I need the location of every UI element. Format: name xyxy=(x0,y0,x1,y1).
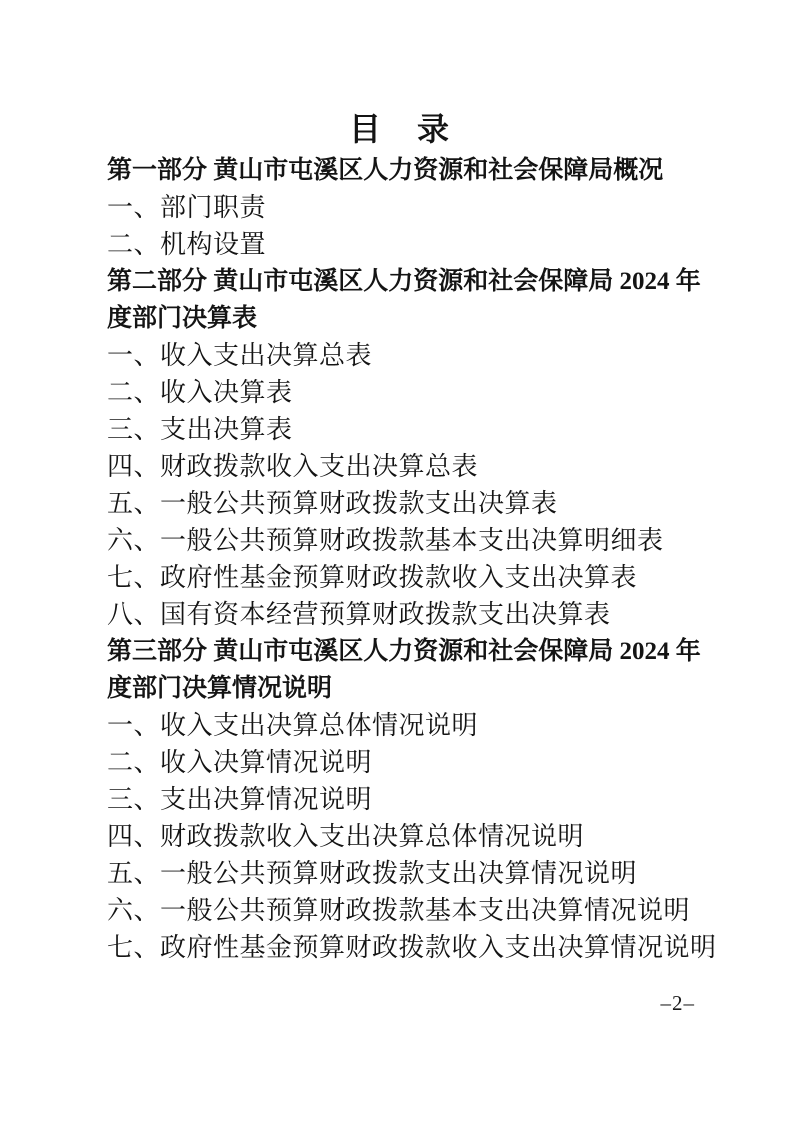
toc-item: 二、收入决算表 xyxy=(107,374,693,411)
toc-item: 七、政府性基金预算财政拨款收入支出决算表 xyxy=(107,559,693,596)
toc-item: 二、收入决算情况说明 xyxy=(107,744,693,781)
table-of-contents: 第一部分 黄山市屯溪区人力资源和社会保障局概况 一、部门职责 二、机构设置 第二… xyxy=(107,152,693,966)
toc-section-heading: 第三部分 黄山市屯溪区人力资源和社会保障局 2024 年 xyxy=(107,633,693,670)
toc-item: 六、一般公共预算财政拨款基本支出决算明细表 xyxy=(107,522,693,559)
toc-item: 五、一般公共预算财政拨款支出决算情况说明 xyxy=(107,855,693,892)
toc-item: 五、一般公共预算财政拨款支出决算表 xyxy=(107,485,693,522)
toc-section-heading: 第二部分 黄山市屯溪区人力资源和社会保障局 2024 年 xyxy=(107,263,693,300)
page-title: 目 录 xyxy=(107,106,693,152)
toc-item: 三、支出决算表 xyxy=(107,411,693,448)
toc-item: 二、机构设置 xyxy=(107,226,693,263)
toc-item: 六、一般公共预算财政拨款基本支出决算情况说明 xyxy=(107,892,693,929)
toc-item: 一、收入支出决算总表 xyxy=(107,337,693,374)
toc-section-heading: 第一部分 黄山市屯溪区人力资源和社会保障局概况 xyxy=(107,152,693,189)
document-page: 目 录 第一部分 黄山市屯溪区人力资源和社会保障局概况 一、部门职责 二、机构设… xyxy=(0,0,793,1122)
toc-item: 七、政府性基金预算财政拨款收入支出决算情况说明 xyxy=(107,929,693,966)
toc-item: 一、部门职责 xyxy=(107,189,693,226)
toc-item: 四、财政拨款收入支出决算总表 xyxy=(107,448,693,485)
toc-section-heading-wrap: 度部门决算表 xyxy=(107,300,693,337)
page-number: –2– xyxy=(661,991,696,1016)
toc-section-heading-wrap: 度部门决算情况说明 xyxy=(107,670,693,707)
toc-item: 八、国有资本经营预算财政拨款支出决算表 xyxy=(107,596,693,633)
toc-item: 三、支出决算情况说明 xyxy=(107,781,693,818)
toc-item: 四、财政拨款收入支出决算总体情况说明 xyxy=(107,818,693,855)
toc-item: 一、收入支出决算总体情况说明 xyxy=(107,707,693,744)
